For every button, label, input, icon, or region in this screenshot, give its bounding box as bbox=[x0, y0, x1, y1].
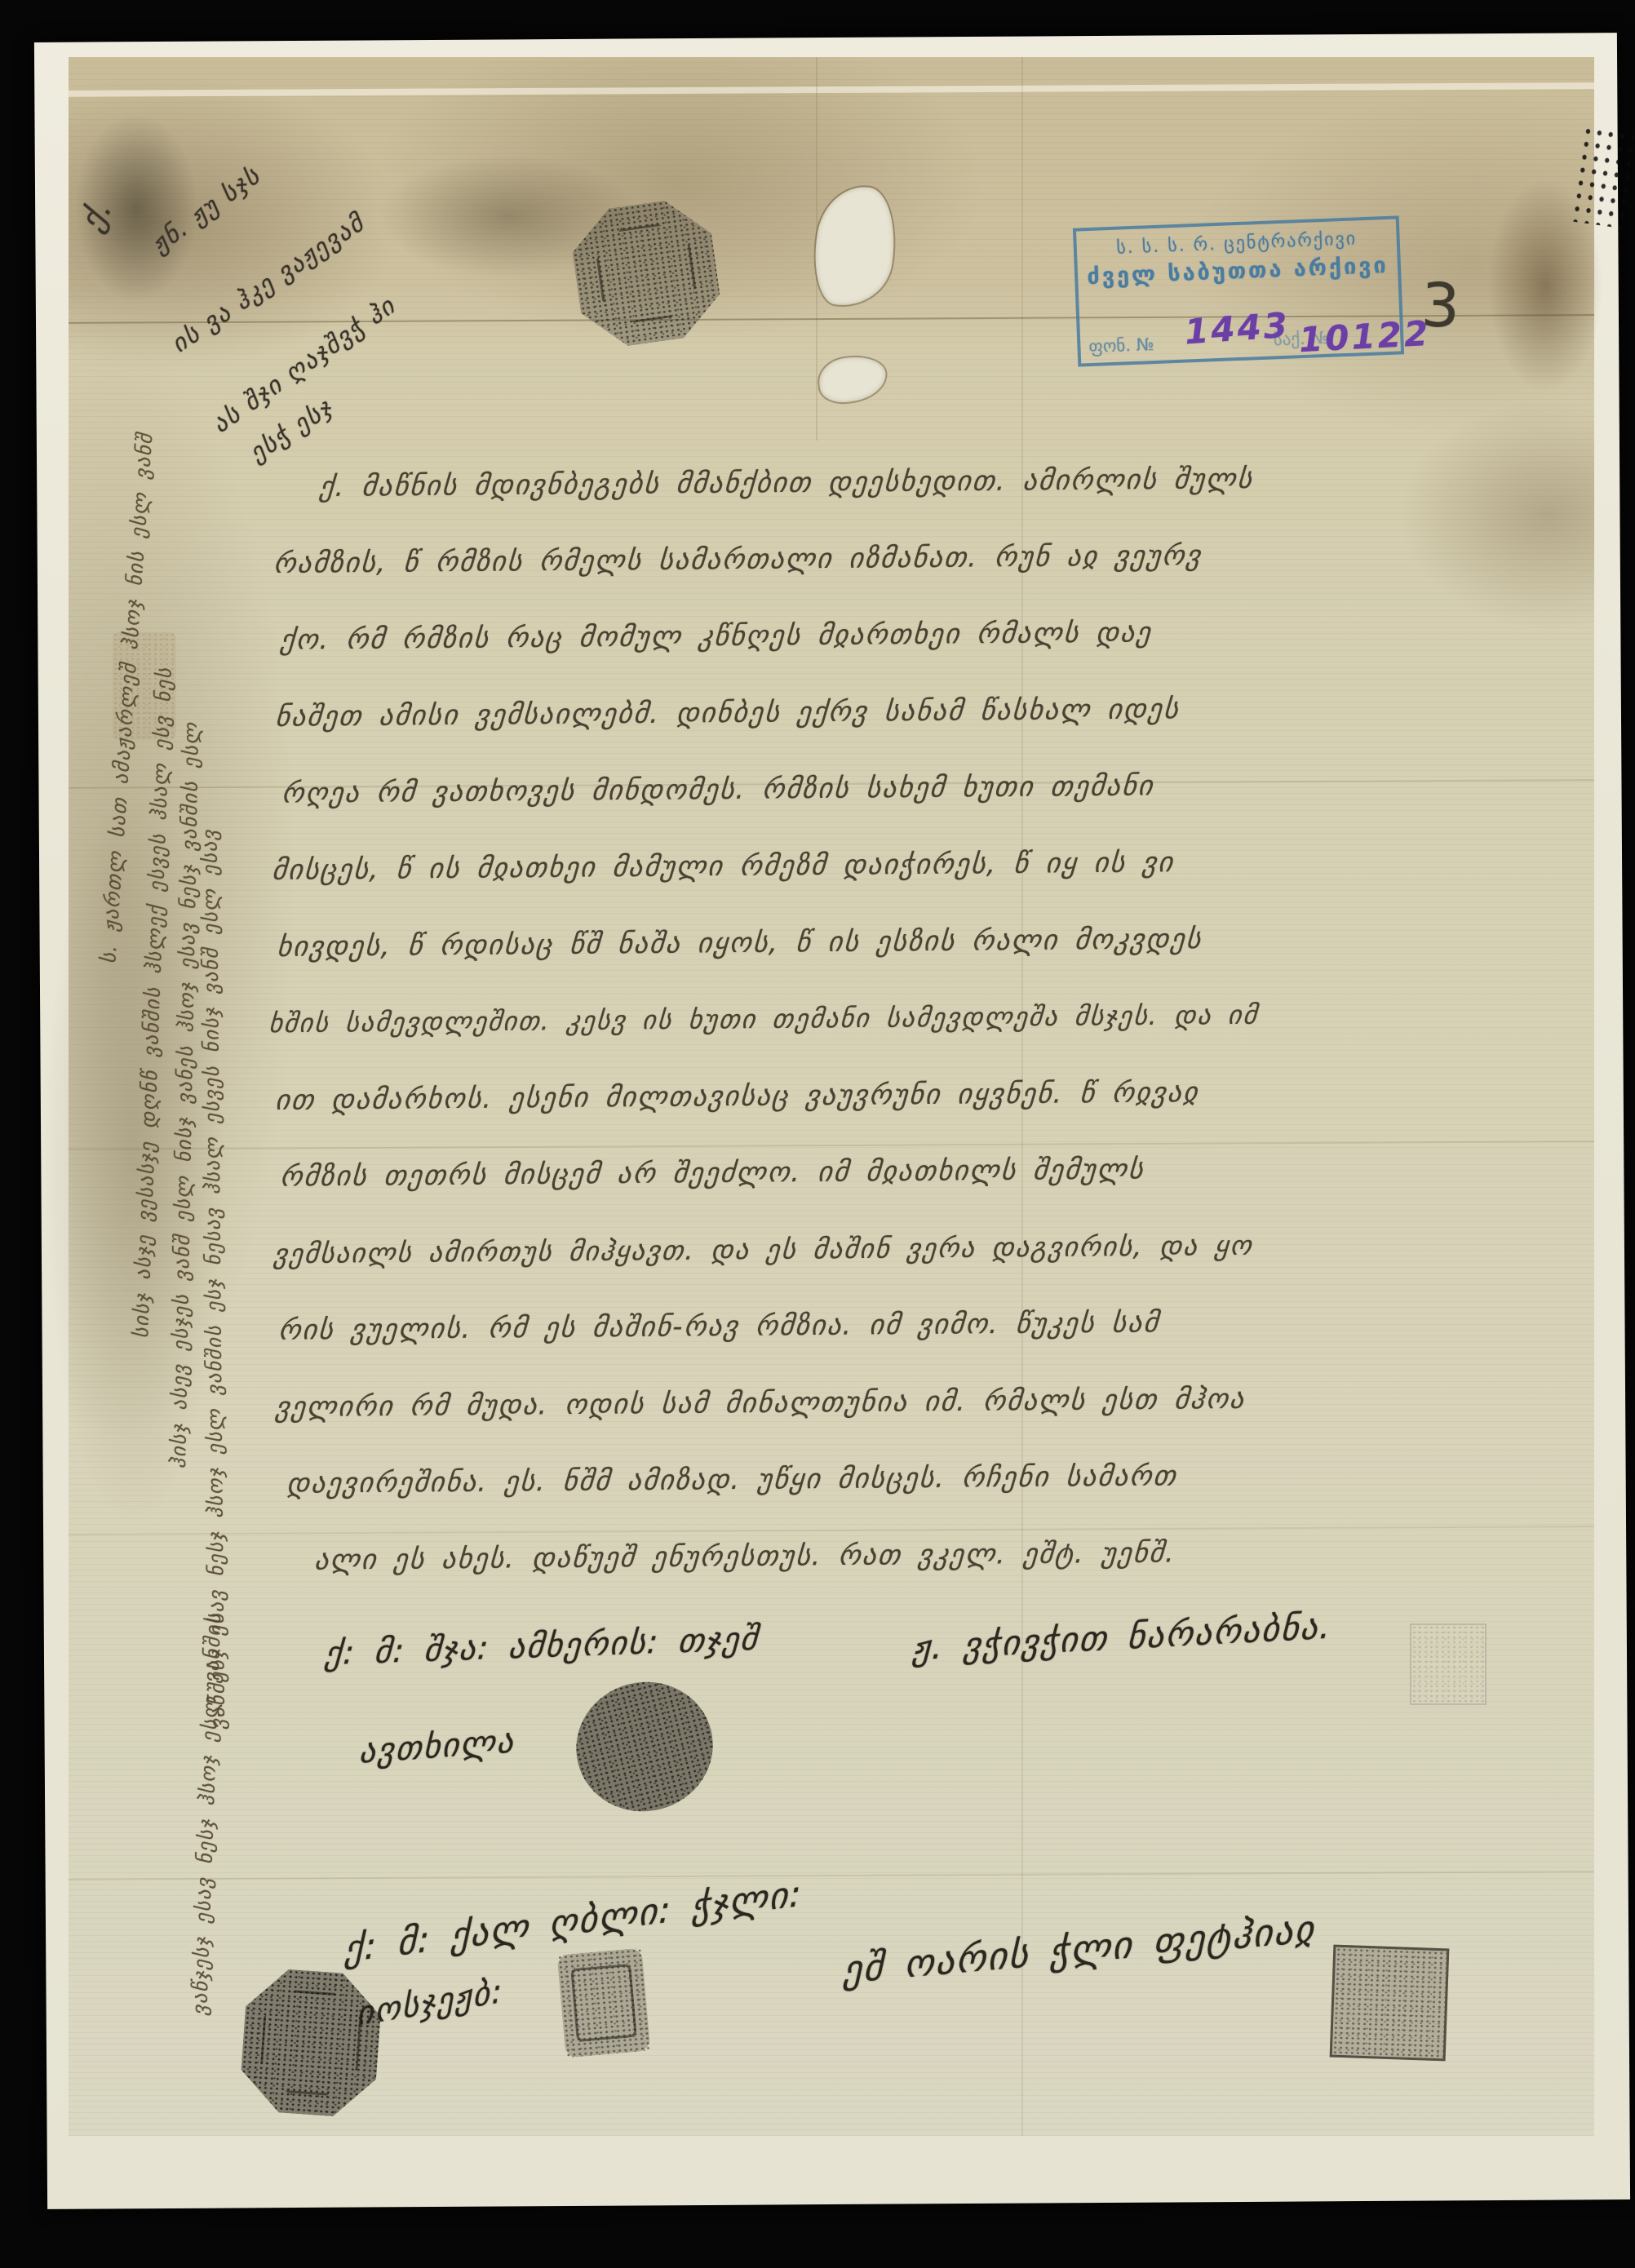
archive-stamp-fond-label: ფონ. № bbox=[1088, 334, 1154, 357]
scan-stage: ს. ს. ს. რ. ცენტრარქივი ძველ საბუთთა არქ… bbox=[0, 0, 1635, 2268]
footer-square-seal-right bbox=[1330, 1945, 1450, 2062]
page-number: 3 bbox=[1420, 270, 1461, 342]
footer-square-seal-small bbox=[557, 1948, 651, 2058]
fond-number-handwritten: 1443 bbox=[1183, 305, 1291, 352]
case-number-handwritten: 10122 bbox=[1298, 313, 1431, 360]
archive-stamp-line2: ძველ საბუთთა არქივი bbox=[1078, 253, 1398, 290]
faint-rectangular-stamp bbox=[1410, 1623, 1487, 1705]
